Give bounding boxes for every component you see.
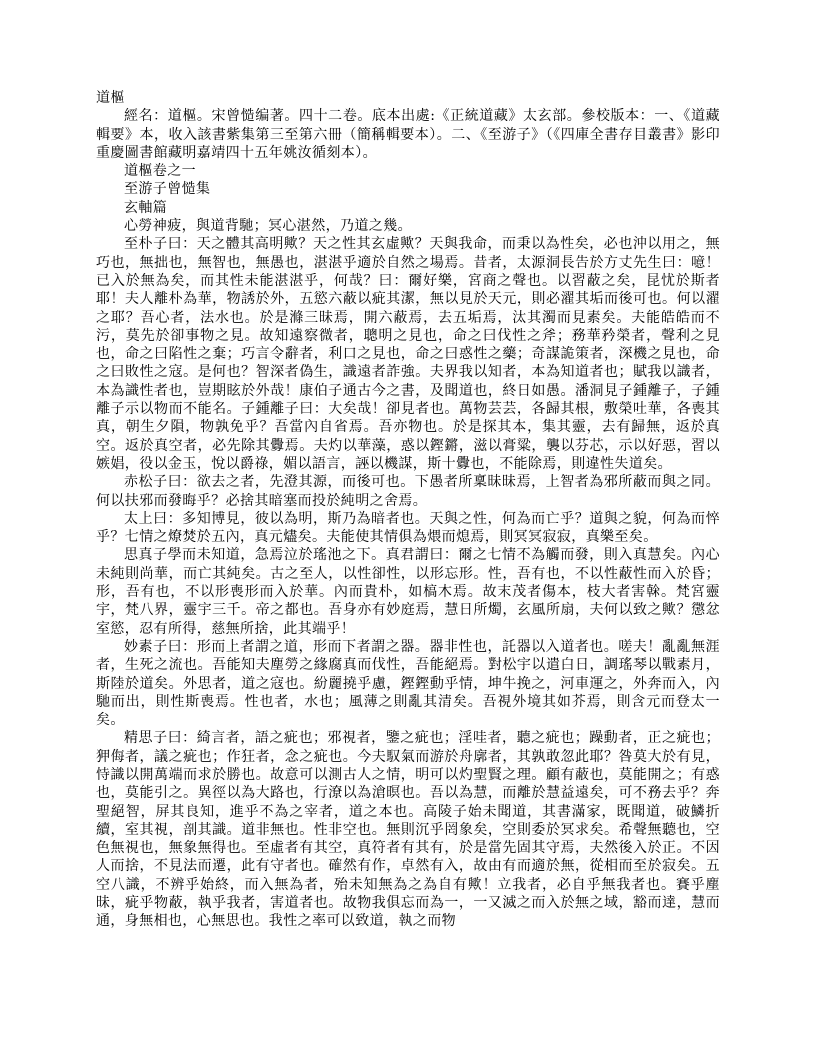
paragraph-container: 至朴子曰：天之體其高明歟？天之性其玄虛歟？天與我命，而秉以為性矣，必也沖以用之，… [96, 235, 720, 930]
paragraph: 妙素子曰：形而上者謂之道，形而下者謂之器。器非性也，託器以入道者也。嗟夫！亂亂無… [96, 638, 720, 729]
compiler-line: 至游子曾慥集 [96, 180, 720, 198]
paragraph: 赤松子曰：欲去之者，先澄其源，而後可也。下愚者所稟昧昧焉，上智者為邪所蔽而與之同… [96, 473, 720, 510]
epigraph: 心勞神疲，與道背馳；冥心湛然，乃道之幾。 [96, 217, 720, 235]
section-heading: 玄軸篇 [96, 199, 720, 217]
paragraph: 至朴子曰：天之體其高明歟？天之性其玄虛歟？天與我命，而秉以為性矣，必也沖以用之，… [96, 235, 720, 473]
document-page: 道樞 經名：道樞。宋曾慥编著。四十二卷。底本出處:《正統道藏》太玄部。參校版本：… [0, 0, 816, 1056]
paragraph: 思真子學而未知道，急焉泣於瑤池之下。真君謂曰：爾之七情不為觸而發，則入真慧矣。內… [96, 546, 720, 637]
chapter-heading: 道樞卷之一 [96, 162, 720, 180]
document-body: 道樞 經名：道樞。宋曾慥编著。四十二卷。底本出處:《正統道藏》太玄部。參校版本：… [96, 89, 720, 931]
document-title: 道樞 [96, 89, 720, 107]
paragraph: 太上曰：多知博見，彼以為明，斯乃為暗者也。天與之性，何為而亡乎？道與之貌，何為而… [96, 510, 720, 547]
paragraph: 精思子曰：綺言者，語之疵也；邪視者，鑒之疵也；淫哇者，聽之疵也；躁動者，正之疵也… [96, 729, 720, 930]
edition-note: 經名：道樞。宋曾慥编著。四十二卷。底本出處:《正統道藏》太玄部。參校版本：一、《… [96, 107, 720, 162]
